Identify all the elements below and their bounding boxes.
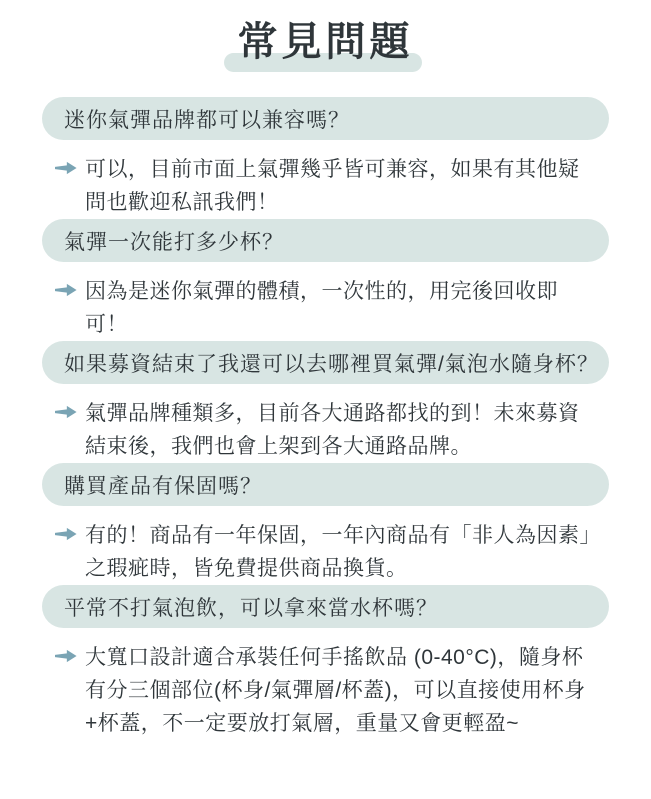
answer-row: 氣彈品牌種類多，目前各大通路都找的到！未來募資結束後，我們也會上架到各大通路品牌… [55, 397, 609, 463]
faq-list: 迷你氣彈品牌都可以兼容嗎？ 可以，目前市面上氣彈幾乎皆可兼容，如果有其他疑問也歡… [0, 97, 651, 740]
faq-page: 常見問題 迷你氣彈品牌都可以兼容嗎？ 可以，目前市面上氣彈幾乎皆可兼容，如果有其… [0, 0, 651, 799]
faq-item: 平常不打氣泡飲，可以拿來當水杯嗎？ 大寬口設計適合承裝任何手搖飲品 (0-40°… [42, 585, 609, 740]
faq-item: 購買產品有保固嗎？ 有的！商品有一年保固，一年內商品有「非人為因素」之瑕疵時，皆… [42, 463, 609, 585]
answer-row: 大寬口設計適合承裝任何手搖飲品 (0-40°C)，隨身杯有分三個部位(杯身/氣彈… [55, 641, 609, 740]
question-text: 氣彈一次能打多少杯？ [64, 226, 284, 256]
arrow-right-icon [55, 648, 77, 664]
question-text: 購買產品有保固嗎？ [64, 470, 262, 500]
answer-text: 因為是迷你氣彈的體積，一次性的，用完後回收即可！ [85, 275, 600, 341]
question-text: 平常不打氣泡飲，可以拿來當水杯嗎？ [64, 592, 438, 622]
answer-row: 有的！商品有一年保固，一年內商品有「非人為因素」之瑕疵時，皆免費提供商品換貨。 [55, 519, 609, 585]
faq-item: 迷你氣彈品牌都可以兼容嗎？ 可以，目前市面上氣彈幾乎皆可兼容，如果有其他疑問也歡… [42, 97, 609, 219]
answer-text: 氣彈品牌種類多，目前各大通路都找的到！未來募資結束後，我們也會上架到各大通路品牌… [85, 397, 600, 463]
arrow-right-icon [55, 282, 77, 298]
answer-text: 大寬口設計適合承裝任何手搖飲品 (0-40°C)，隨身杯有分三個部位(杯身/氣彈… [85, 641, 600, 740]
arrow-right-icon [55, 526, 77, 542]
question-bar: 氣彈一次能打多少杯？ [42, 219, 609, 262]
answer-text: 有的！商品有一年保固，一年內商品有「非人為因素」之瑕疵時，皆免費提供商品換貨。 [85, 519, 600, 585]
question-text: 如果募資結束了我還可以去哪裡買氣彈/氣泡水隨身杯？ [64, 348, 591, 378]
answer-row: 因為是迷你氣彈的體積，一次性的，用完後回收即可！ [55, 275, 609, 341]
arrow-right-icon [55, 160, 77, 176]
arrow-right-icon [55, 404, 77, 420]
question-bar: 如果募資結束了我還可以去哪裡買氣彈/氣泡水隨身杯？ [42, 341, 609, 384]
question-bar: 迷你氣彈品牌都可以兼容嗎？ [42, 97, 609, 140]
answer-text: 可以，目前市面上氣彈幾乎皆可兼容，如果有其他疑問也歡迎私訊我們！ [85, 153, 600, 219]
faq-item: 氣彈一次能打多少杯？ 因為是迷你氣彈的體積，一次性的，用完後回收即可！ [42, 219, 609, 341]
question-bar: 購買產品有保固嗎？ [42, 463, 609, 506]
page-header: 常見問題 [0, 0, 651, 68]
question-text: 迷你氣彈品牌都可以兼容嗎？ [64, 104, 350, 134]
faq-item: 如果募資結束了我還可以去哪裡買氣彈/氣泡水隨身杯？ 氣彈品牌種類多，目前各大通路… [42, 341, 609, 463]
page-title: 常見問題 [238, 16, 414, 68]
page-title-text: 常見問題 [238, 20, 414, 64]
answer-row: 可以，目前市面上氣彈幾乎皆可兼容，如果有其他疑問也歡迎私訊我們！ [55, 153, 609, 219]
question-bar: 平常不打氣泡飲，可以拿來當水杯嗎？ [42, 585, 609, 628]
